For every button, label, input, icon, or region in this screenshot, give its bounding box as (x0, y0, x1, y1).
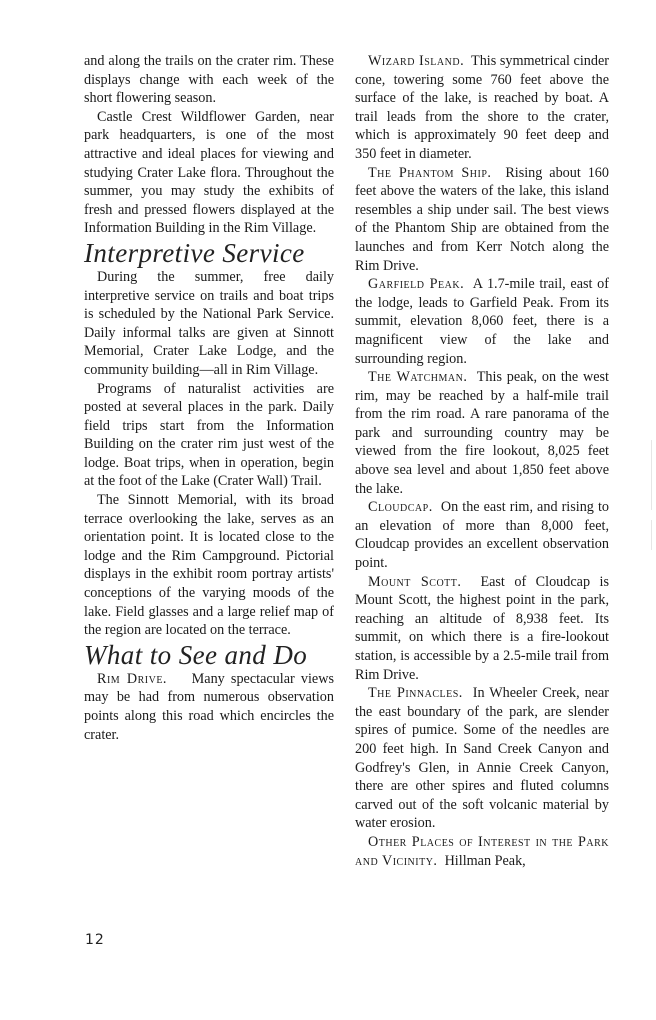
paragraph-castle-crest: Castle Crest Wildflower Garden, near par… (84, 108, 334, 238)
right-column: Wizard Island. This symmetrical cinder c… (355, 52, 609, 870)
heading-interpretive-service: Interpretive Service (84, 238, 334, 268)
scan-edge-mark (651, 520, 652, 550)
document-page: and along the trails on the crater rim. … (0, 0, 656, 1020)
entry-phantom-ship: The Phantom Ship. Rising about 160 feet … (355, 164, 609, 276)
paragraph-rim-drive: Rim Drive. Many spectacular views may be… (84, 670, 334, 744)
page-number: 12 (85, 932, 105, 948)
paragraph-sinnott-memorial: The Sinnott Memorial, with its broad ter… (84, 491, 334, 640)
entry-mount-scott: Mount Scott. East of Cloudcap is Mount S… (355, 573, 609, 685)
heading-what-to-see-and-do: What to See and Do (84, 640, 334, 670)
entry-text: This peak, on the west rim, may be reach… (355, 369, 609, 497)
entry-lead: The Watchman. (368, 369, 467, 385)
entry-garfield-peak: Garfield Peak. A 1.7-mile trail, east of… (355, 275, 609, 368)
entry-lead: Wizard Island. (368, 53, 464, 69)
paragraph-interpretive-service: During the summer, free daily interpreti… (84, 268, 334, 380)
entry-lead: Cloudcap. (368, 499, 433, 515)
entry-cloudcap: Cloudcap. On the east rim, and rising to… (355, 498, 609, 572)
entry-text: This symmetrical cinder cone, towering s… (355, 53, 609, 162)
left-column: and along the trails on the crater rim. … (84, 52, 334, 744)
entry-wizard-island: Wizard Island. This symmetrical cinder c… (355, 52, 609, 164)
entry-lead: Mount Scott. (368, 574, 461, 590)
entry-lead: The Pinnacles. (368, 685, 463, 701)
entry-other-places: Other Places of Interest in the Park and… (355, 833, 609, 870)
entry-the-watchman: The Watchman. This peak, on the west rim… (355, 368, 609, 498)
entry-lead: Garfield Peak. (368, 276, 464, 292)
scan-edge-mark (651, 440, 652, 510)
entry-text: Hillman Peak, (445, 853, 526, 869)
entry-the-pinnacles: The Pinnacles. In Wheeler Creek, near th… (355, 684, 609, 833)
entry-lead: The Phantom Ship. (368, 165, 491, 181)
paragraph-displays: and along the trails on the crater rim. … (84, 52, 334, 108)
paragraph-programs: Programs of naturalist activities are po… (84, 380, 334, 492)
entry-text: In Wheeler Creek, near the east boundary… (355, 685, 609, 831)
lead-rim-drive: Rim Drive. (97, 671, 167, 687)
